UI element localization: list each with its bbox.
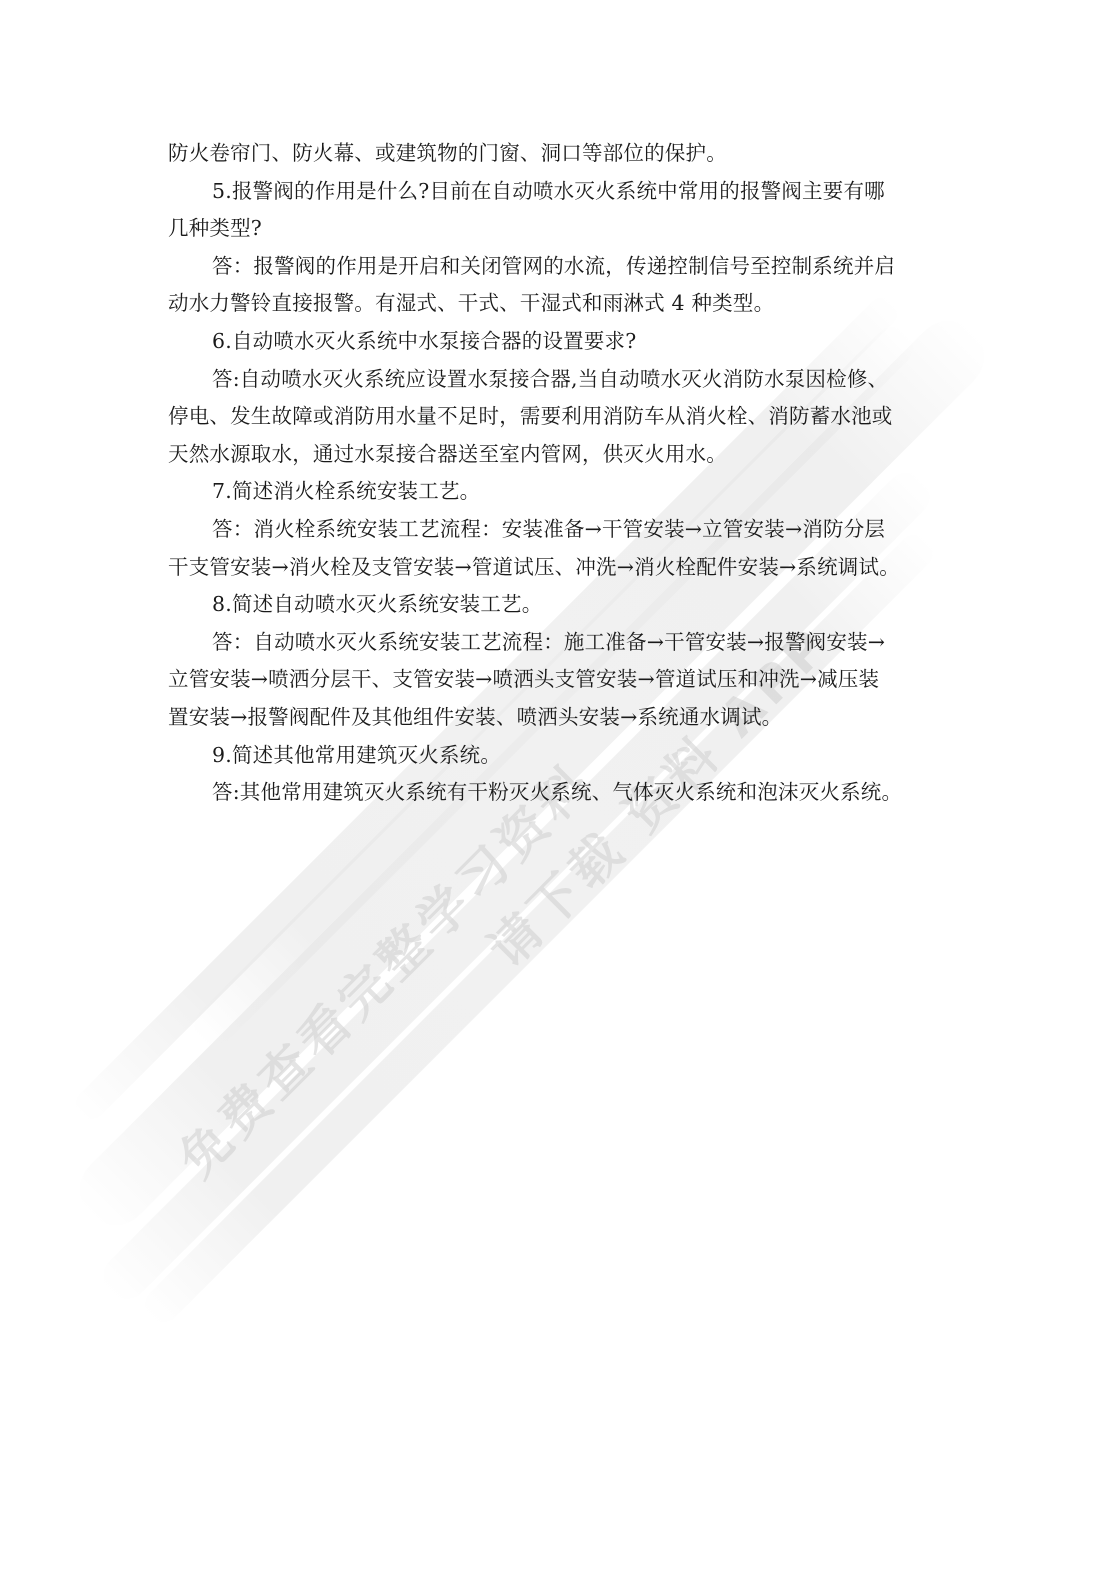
question-9: 9.简述其他常用建筑灭火系统。 [168,737,958,775]
answer-6: 答:自动喷水灭火系统应设置水泵接合器,当自动喷水灭火消防水泵因检修、 [168,361,958,399]
text-line: 动水力警铃直接报警。有湿式、干式、干湿式和雨淋式 4 种类型。 [168,285,958,323]
text-line: 几种类型? [168,210,958,248]
question-6: 6.自动喷水灭火系统中水泵接合器的设置要求? [168,323,958,361]
answer-8: 答：自动喷水灭火系统安装工艺流程：施工准备→干管安装→报警阀安装→ [168,624,958,662]
question-8: 8.简述自动喷水灭火系统安装工艺。 [168,586,958,624]
text-line: 立管安装→喷洒分层干、支管安装→喷洒头支管安装→管道试压和冲洗→减压装 [168,661,958,699]
document-page: 防火卷帘门、防火幕、或建筑物的门窗、洞口等部位的保护。 5.报警阀的作用是什么?… [168,135,958,812]
text-line: 停电、发生故障或消防用水量不足时，需要利用消防车从消火栓、消防蓄水池或 [168,398,958,436]
text-line: 天然水源取水，通过水泵接合器送至室内管网，供灭火用水。 [168,436,958,474]
text-line: 干支管安装→消火栓及支管安装→管道试压、冲洗→消火栓配件安装→系统调试。 [168,549,958,587]
text-line: 防火卷帘门、防火幕、或建筑物的门窗、洞口等部位的保护。 [168,135,958,173]
question-7: 7.简述消火栓系统安装工艺。 [168,473,958,511]
text-line: 置安装→报警阀配件及其他组件安装、喷洒头安装→系统通水调试。 [168,699,958,737]
answer-5: 答：报警阀的作用是开启和关闭管网的水流，传递控制信号至控制系统并启 [168,248,958,286]
answer-9: 答:其他常用建筑灭火系统有干粉灭火系统、气体灭火系统和泡沫灭火系统。 [168,774,958,812]
question-5: 5.报警阀的作用是什么?目前在自动喷水灭火系统中常用的报警阀主要有哪 [168,173,958,211]
answer-7: 答：消火栓系统安装工艺流程：安装准备→干管安装→立管安装→消防分层 [168,511,958,549]
